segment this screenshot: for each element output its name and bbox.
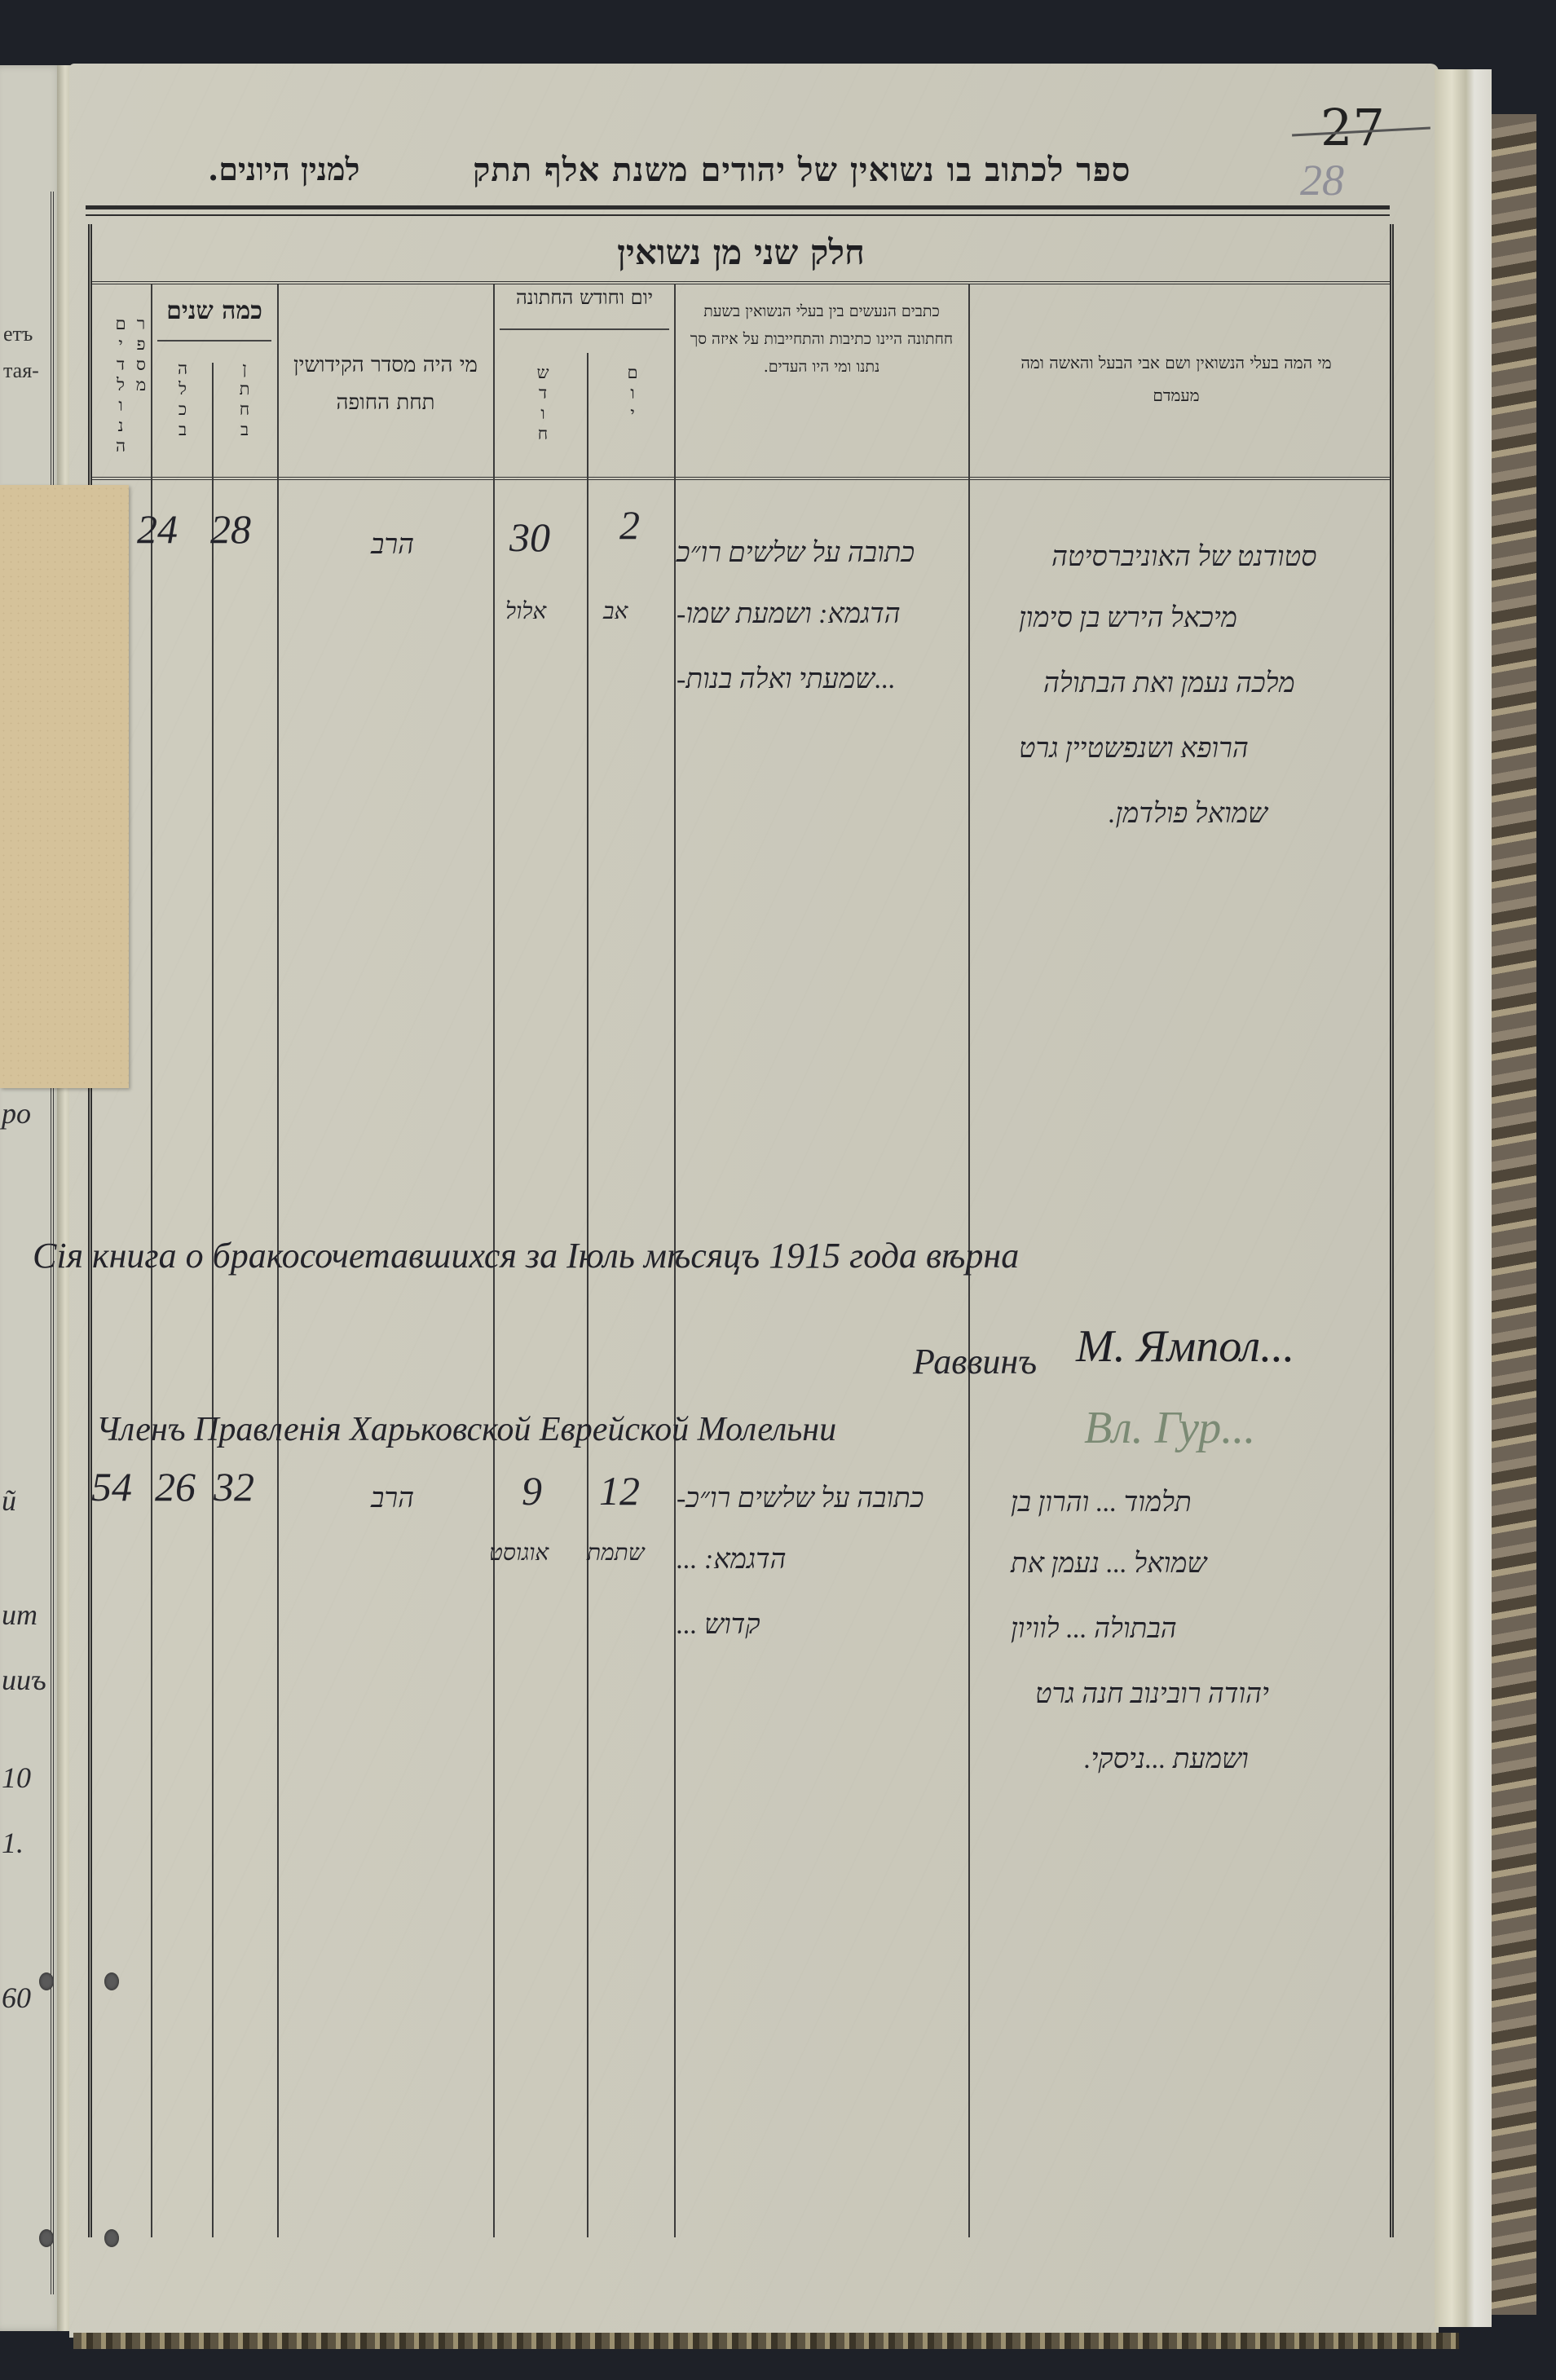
page-stack-edges xyxy=(1435,69,1492,2327)
board-member-note: Членъ Правленiя Харьковской Еврейской Мо… xyxy=(96,1410,836,1449)
entry-1-day-note: אב xyxy=(603,599,628,625)
closing-certification: Сiя книга о бракосочетавшихся за Iюль мѣ… xyxy=(33,1235,1019,1276)
previous-page-handwriting: 1. xyxy=(2,1826,24,1860)
header-parties: מי המה בעלי הנשואין ושם אבי הבעל והאשה ו… xyxy=(1005,346,1347,412)
header-age: כמה שנים xyxy=(157,297,271,325)
previous-page-handwriting: ũ xyxy=(2,1483,16,1518)
header-bottom-rule xyxy=(92,477,1390,480)
entry-2-party-line: הבתולה ... לוויון xyxy=(1011,1614,1177,1645)
date-subheader-rule xyxy=(500,328,669,330)
previous-page-header-fragment: тая- xyxy=(3,359,39,383)
entry-2-month-note: אוגוסט xyxy=(489,1540,549,1567)
previous-page-handwriting: 10 xyxy=(2,1761,31,1795)
bottom-cover-edge xyxy=(73,2333,1459,2349)
entry-1-contract-line: כתובה על שלשים רו״כ xyxy=(677,538,915,569)
title-rule xyxy=(86,205,1390,216)
column-divider xyxy=(212,363,214,2237)
previous-page-handwriting: ит xyxy=(2,1598,37,1632)
entry-1-officiant: הרב xyxy=(371,530,414,561)
header-bride-age: בכלה xyxy=(172,359,192,465)
entry-2-contract-line: קדוש ... xyxy=(677,1610,760,1641)
entry-2-day: 12 xyxy=(599,1467,640,1514)
binding-rivet-icon xyxy=(39,2229,54,2247)
paper-insert-slip xyxy=(0,485,129,1088)
page-number: 27 xyxy=(1320,98,1385,157)
entry-2-party-line: תלמוד ... והרון בן xyxy=(1011,1487,1192,1518)
rabbi-signature: М. Ямпол... xyxy=(1076,1320,1294,1373)
header-month: חודש xyxy=(532,363,553,444)
entry-2-party-line: יהודה רובינוב חנה גרט xyxy=(1035,1679,1269,1710)
page-number-corrected: 28 xyxy=(1300,155,1344,205)
header-wedding-date: יום וחודש החתונה xyxy=(500,285,669,310)
page-title: ספר לכתוב בו נשואין של יהודים משנת אלף ת… xyxy=(473,151,1131,189)
entry-1-groom-age: 28 xyxy=(210,505,251,553)
entry-1-day: 2 xyxy=(619,501,640,549)
entry-1-party-line: הרופא ושנפשטיין גרט xyxy=(1019,734,1249,765)
entry-1-contract-line: ...שמעתי ואלה בנות- xyxy=(677,664,896,695)
board-member-signature: Вл. Гур... xyxy=(1084,1402,1255,1454)
page-subtitle: למנין היונים. xyxy=(208,151,359,188)
binding-rivet-icon xyxy=(39,1972,54,1990)
header-day: יום xyxy=(622,363,642,444)
entry-1-month-note: אלול xyxy=(505,599,546,625)
marriage-register-table: חלק שני מן נשואין מספר הנולדים כמה שנים … xyxy=(88,224,1394,2237)
entry-2-contract-line: כתובה על שלשים רו״כ- xyxy=(677,1483,923,1514)
header-groom-age: בחתן xyxy=(234,359,254,465)
entry-1-month: 30 xyxy=(509,513,550,561)
column-divider xyxy=(587,353,588,2237)
age-subheader-rule xyxy=(157,340,271,342)
previous-page-handwriting: ииъ xyxy=(2,1663,46,1697)
entry-2-record-number: 54 xyxy=(91,1463,132,1510)
previous-page-handwriting: ро xyxy=(2,1096,31,1130)
entry-1-party-line: סטודנט של האוניברסיטה xyxy=(1051,542,1317,573)
entry-2-bride-age: 26 xyxy=(155,1463,196,1510)
entry-2-party-line: שמואל ... נעמן את xyxy=(1011,1549,1207,1580)
previous-page-handwriting: 60 xyxy=(2,1981,31,2015)
entry-2-day-note: שתמת xyxy=(587,1540,645,1567)
entry-1-party-line: מלכה נעמן ואת הבתולה xyxy=(1043,668,1295,699)
entry-2-officiant: הרב xyxy=(371,1483,414,1514)
entry-2-month: 9 xyxy=(522,1467,542,1514)
previous-page-header-fragment: етъ xyxy=(3,322,33,346)
rabbi-label: Раввинъ xyxy=(913,1341,1037,1382)
entry-2-groom-age: 32 xyxy=(214,1463,254,1510)
entry-1-party-line: שמואל פולדמן. xyxy=(1109,799,1267,830)
entry-2-contract-line: הדגמא: ... xyxy=(677,1545,787,1576)
header-contracts: כתבים הנעשים בין בעלי הנשואין בשעת חחתונ… xyxy=(687,297,956,381)
entry-1-contract-line: הדגמא: ושמעת שמו- xyxy=(677,599,901,630)
marbled-cover-edge xyxy=(1492,114,1536,2315)
entry-1-bride-age: 24 xyxy=(137,505,178,553)
header-officiant: מי היה מסדר הקידושין תחת החופה xyxy=(292,346,479,421)
entry-2-party-line: ושמעת ...ניסקי. xyxy=(1084,1744,1249,1775)
header-record-number: מספר הנולדים xyxy=(110,314,151,461)
entry-1-party-line: מיכאל הירש בן סימון xyxy=(1019,603,1237,634)
section-title: חלק שני מן נשואין xyxy=(92,224,1390,284)
